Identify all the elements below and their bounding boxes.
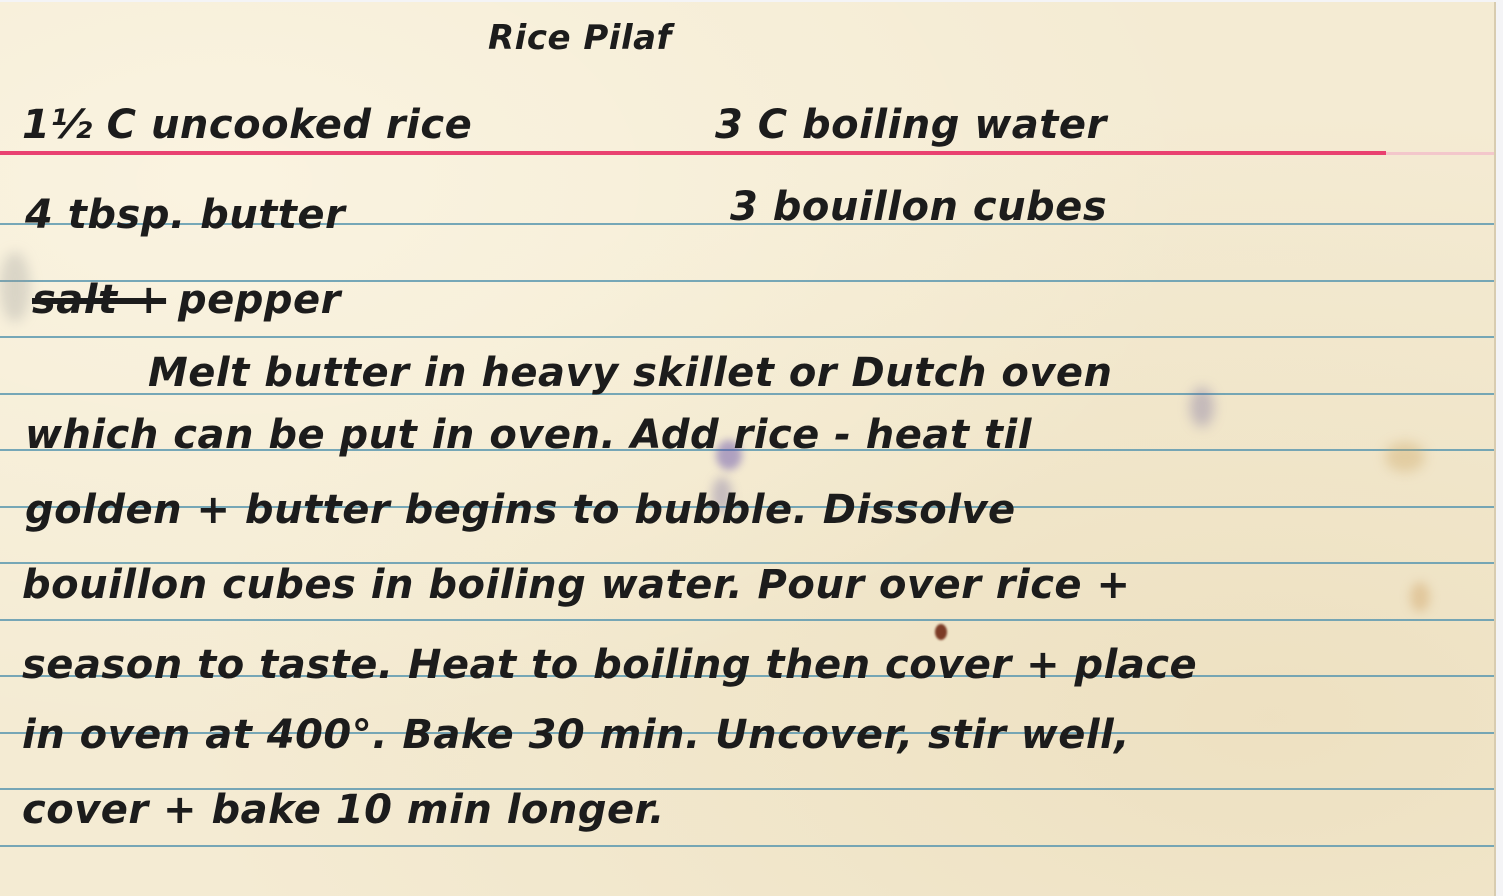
ingredient-water: 3 C boiling water [715, 102, 1107, 148]
instruction-line: in oven at 400°. Bake 30 min. Uncover, s… [22, 712, 1130, 758]
header-red-rule-faded [1386, 152, 1494, 155]
instruction-line: golden + butter begins to bubble. Dissol… [25, 487, 1016, 533]
ingredient-rice: 1½ C uncooked rice [22, 102, 472, 148]
blue-rule [0, 845, 1494, 847]
instruction-line: which can be put in oven. Add rice - hea… [25, 412, 1032, 458]
smudge [0, 252, 30, 322]
recipe-title: Rice Pilaf [488, 18, 672, 58]
instruction-line: season to taste. Heat to boiling then co… [22, 642, 1197, 688]
instruction-line: bouillon cubes in boiling water. Pour ov… [22, 562, 1131, 608]
stain-spot [935, 624, 947, 640]
stain-spot [1410, 582, 1430, 612]
ingredient-pepper: pepper [178, 277, 341, 323]
instruction-line: cover + bake 10 min longer. [22, 787, 665, 833]
ingredient-butter: 4 tbsp. butter [25, 192, 345, 238]
stain-spot [1385, 442, 1425, 472]
ingredient-salt-struck: salt + [32, 277, 166, 323]
header-red-rule [0, 151, 1386, 155]
blue-rule [0, 336, 1494, 338]
blue-rule [0, 619, 1494, 621]
recipe-card: Rice Pilaf 1½ C uncooked rice 4 tbsp. bu… [0, 2, 1496, 896]
instruction-line: Melt butter in heavy skillet or Dutch ov… [148, 350, 1113, 396]
ink-smudge [1190, 387, 1214, 427]
ingredient-bouillon: 3 bouillon cubes [730, 184, 1107, 230]
